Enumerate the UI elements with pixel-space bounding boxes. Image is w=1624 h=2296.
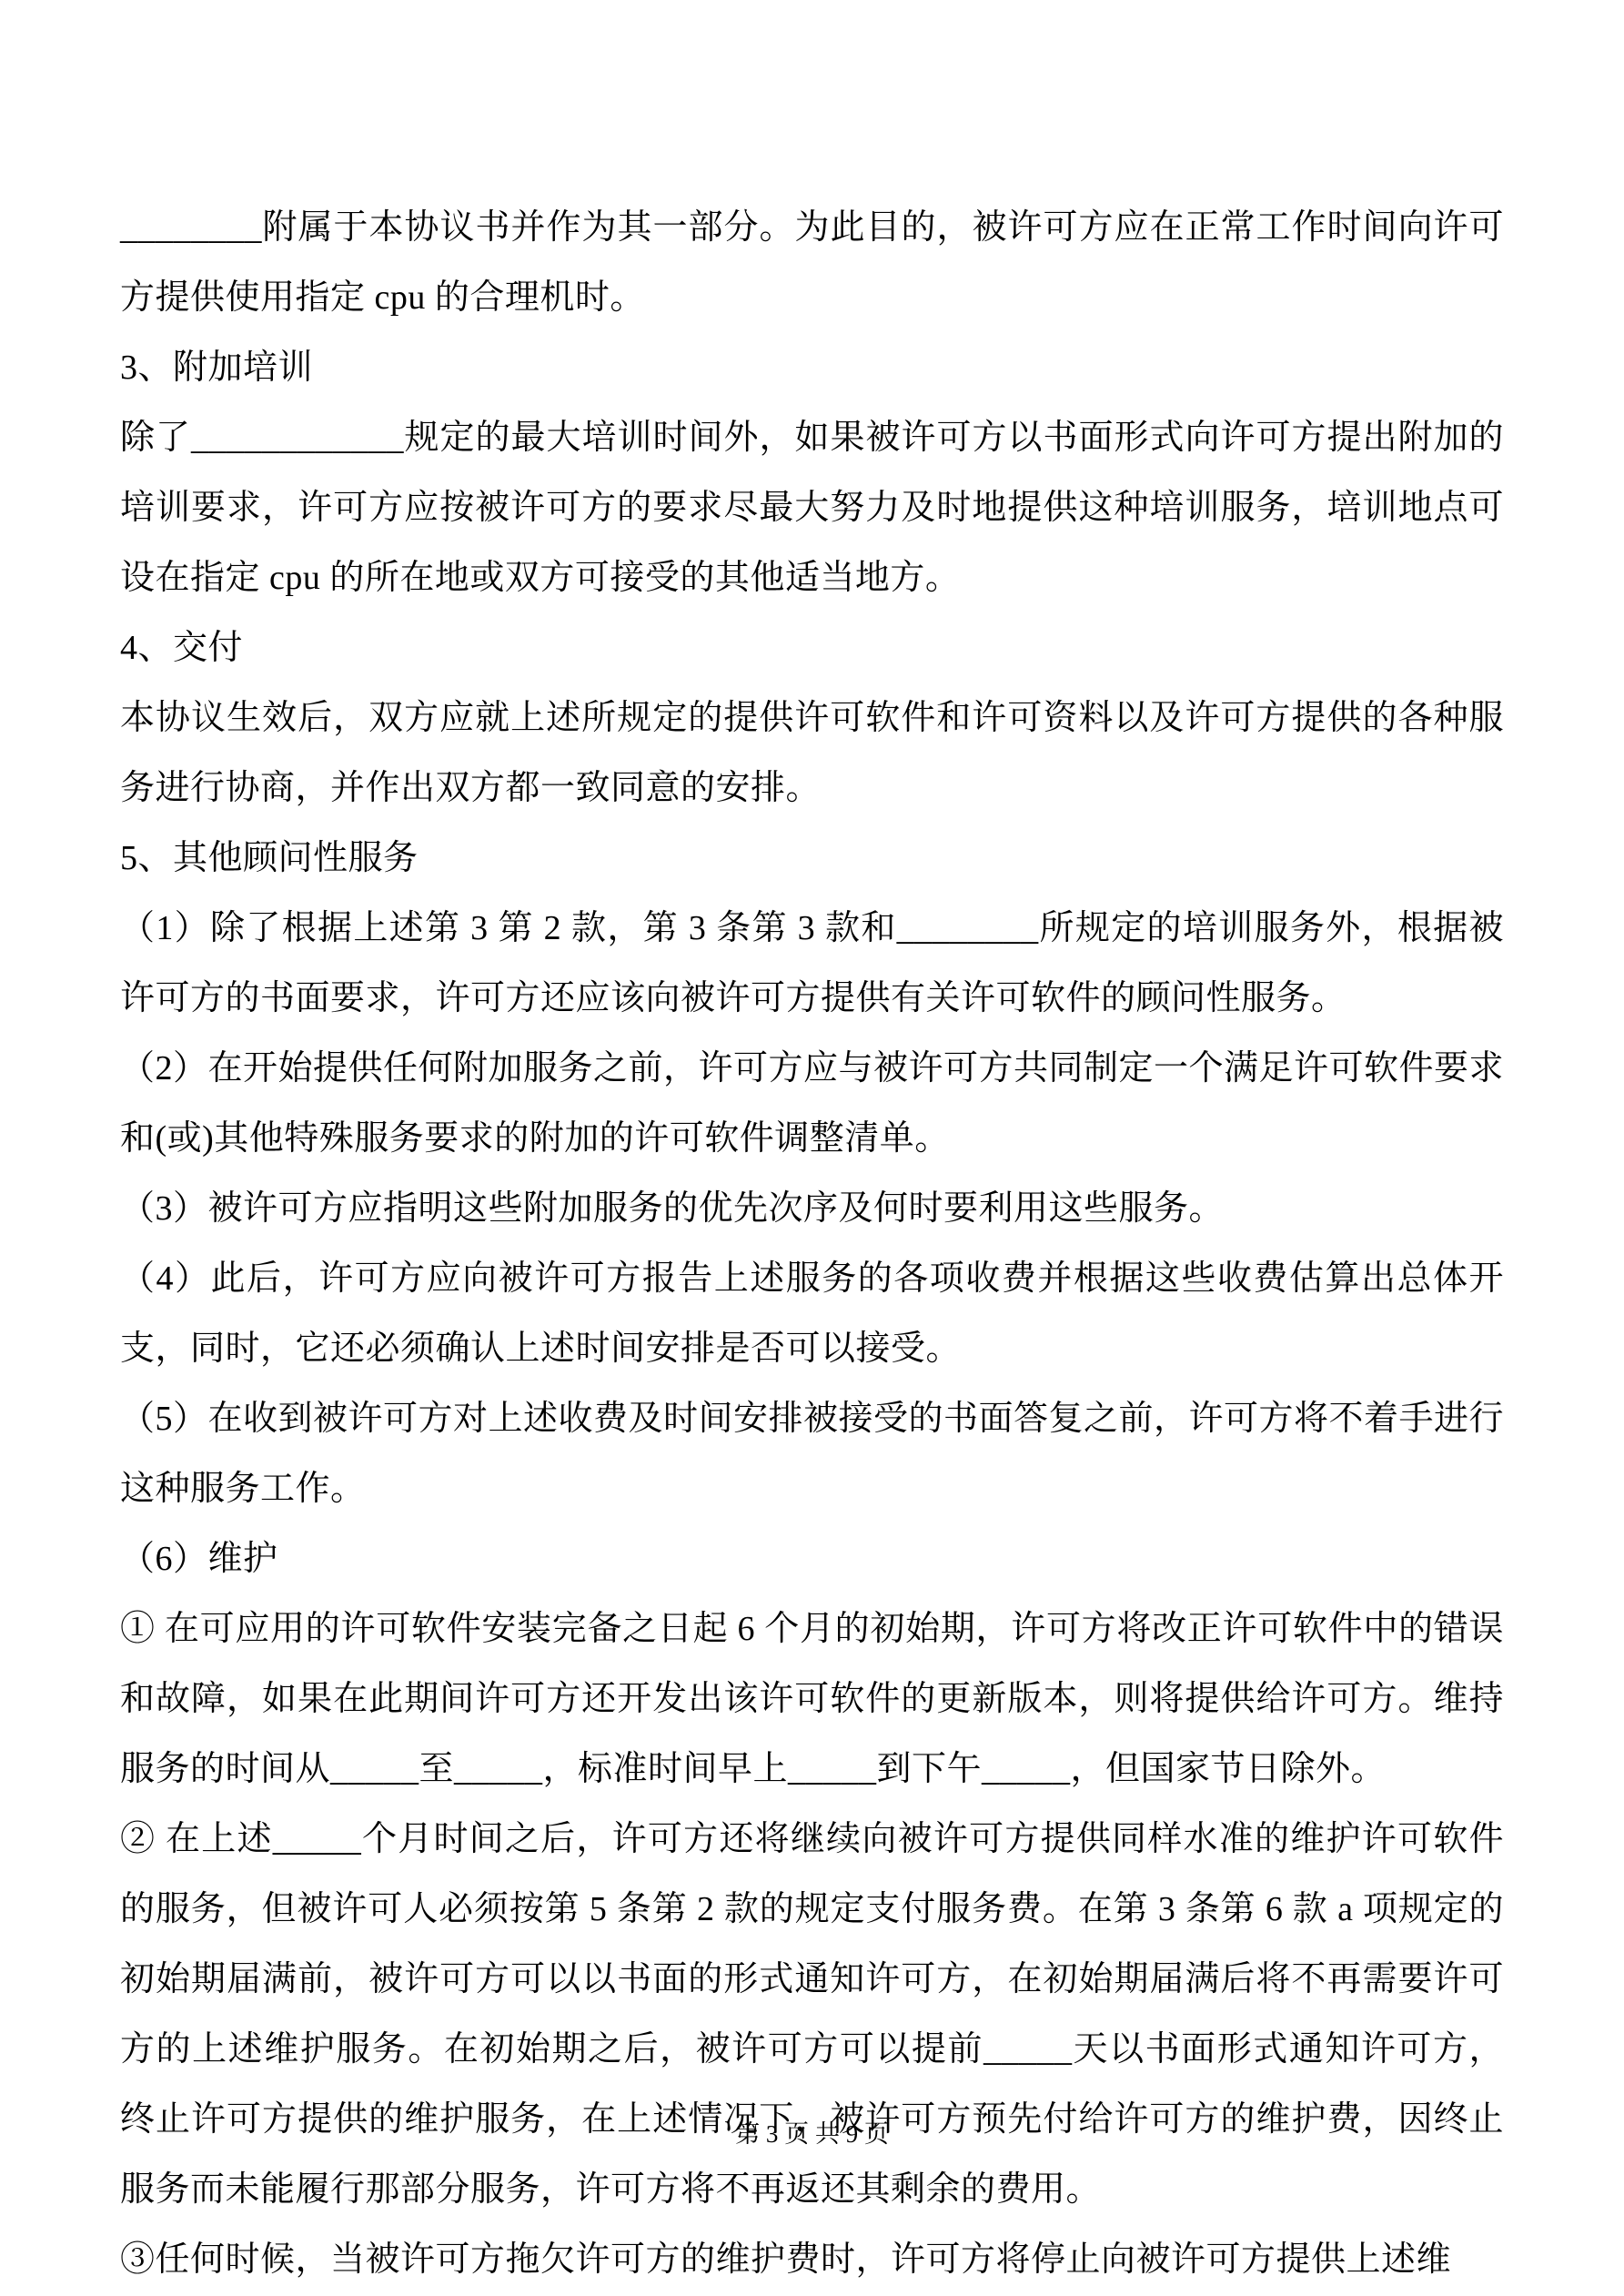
paragraph-item-3: （3）被许可方应指明这些附加服务的优先次序及何时要利用这些服务。 — [120, 1174, 1504, 1244]
page-number-label: 第 3 页 共 9 页 — [735, 2120, 889, 2148]
paragraph-item-5: （5）在收到被许可方对上述收费及时间安排被接受的书面答复之前，许可方将不着手进行… — [120, 1384, 1504, 1524]
paragraph-item-1: （1）除了根据上述第 3 第 2 款，第 3 条第 3 款和________所规… — [120, 894, 1504, 1034]
paragraph-continuation: ________附属于本协议书并作为其一部分。为此目的，被许可方应在正常工作时间… — [120, 193, 1504, 333]
paragraph-circled-3: ③任何时候，当被许可方拖欠许可方的维护费时，许可方将停止向被许可方提供上述维 — [120, 2225, 1504, 2295]
page-footer: 第 3 页 共 9 页 — [0, 2119, 1624, 2149]
paragraph-item-6-heading: （6）维护 — [120, 1524, 1504, 1594]
document-page: ________附属于本协议书并作为其一部分。为此目的，被许可方应在正常工作时间… — [120, 193, 1504, 2295]
paragraph-item-2: （2）在开始提供任何附加服务之前，许可方应与被许可方共同制定一个满足许可软件要求… — [120, 1034, 1504, 1174]
section-heading-5: 5、其他顾问性服务 — [120, 824, 1504, 894]
paragraph-circled-1: ① 在可应用的许可软件安装完备之日起 6 个月的初始期，许可方将改正许可软件中的… — [120, 1594, 1504, 1805]
section-heading-3: 3、附加培训 — [120, 333, 1504, 403]
paragraph: 本协议生效后，双方应就上述所规定的提供许可软件和许可资料以及许可方提供的各种服务… — [120, 683, 1504, 824]
section-heading-4: 4、交付 — [120, 613, 1504, 683]
paragraph: 除了____________规定的最大培训时间外，如果被许可方以书面形式向许可方… — [120, 403, 1504, 613]
paragraph-item-4: （4）此后，许可方应向被许可方报告上述服务的各项收费并根据这些收费估算出总体开支… — [120, 1244, 1504, 1384]
paragraph-circled-2: ② 在上述_____个月时间之后，许可方还将继续向被许可方提供同样水准的维护许可… — [120, 1805, 1504, 2225]
